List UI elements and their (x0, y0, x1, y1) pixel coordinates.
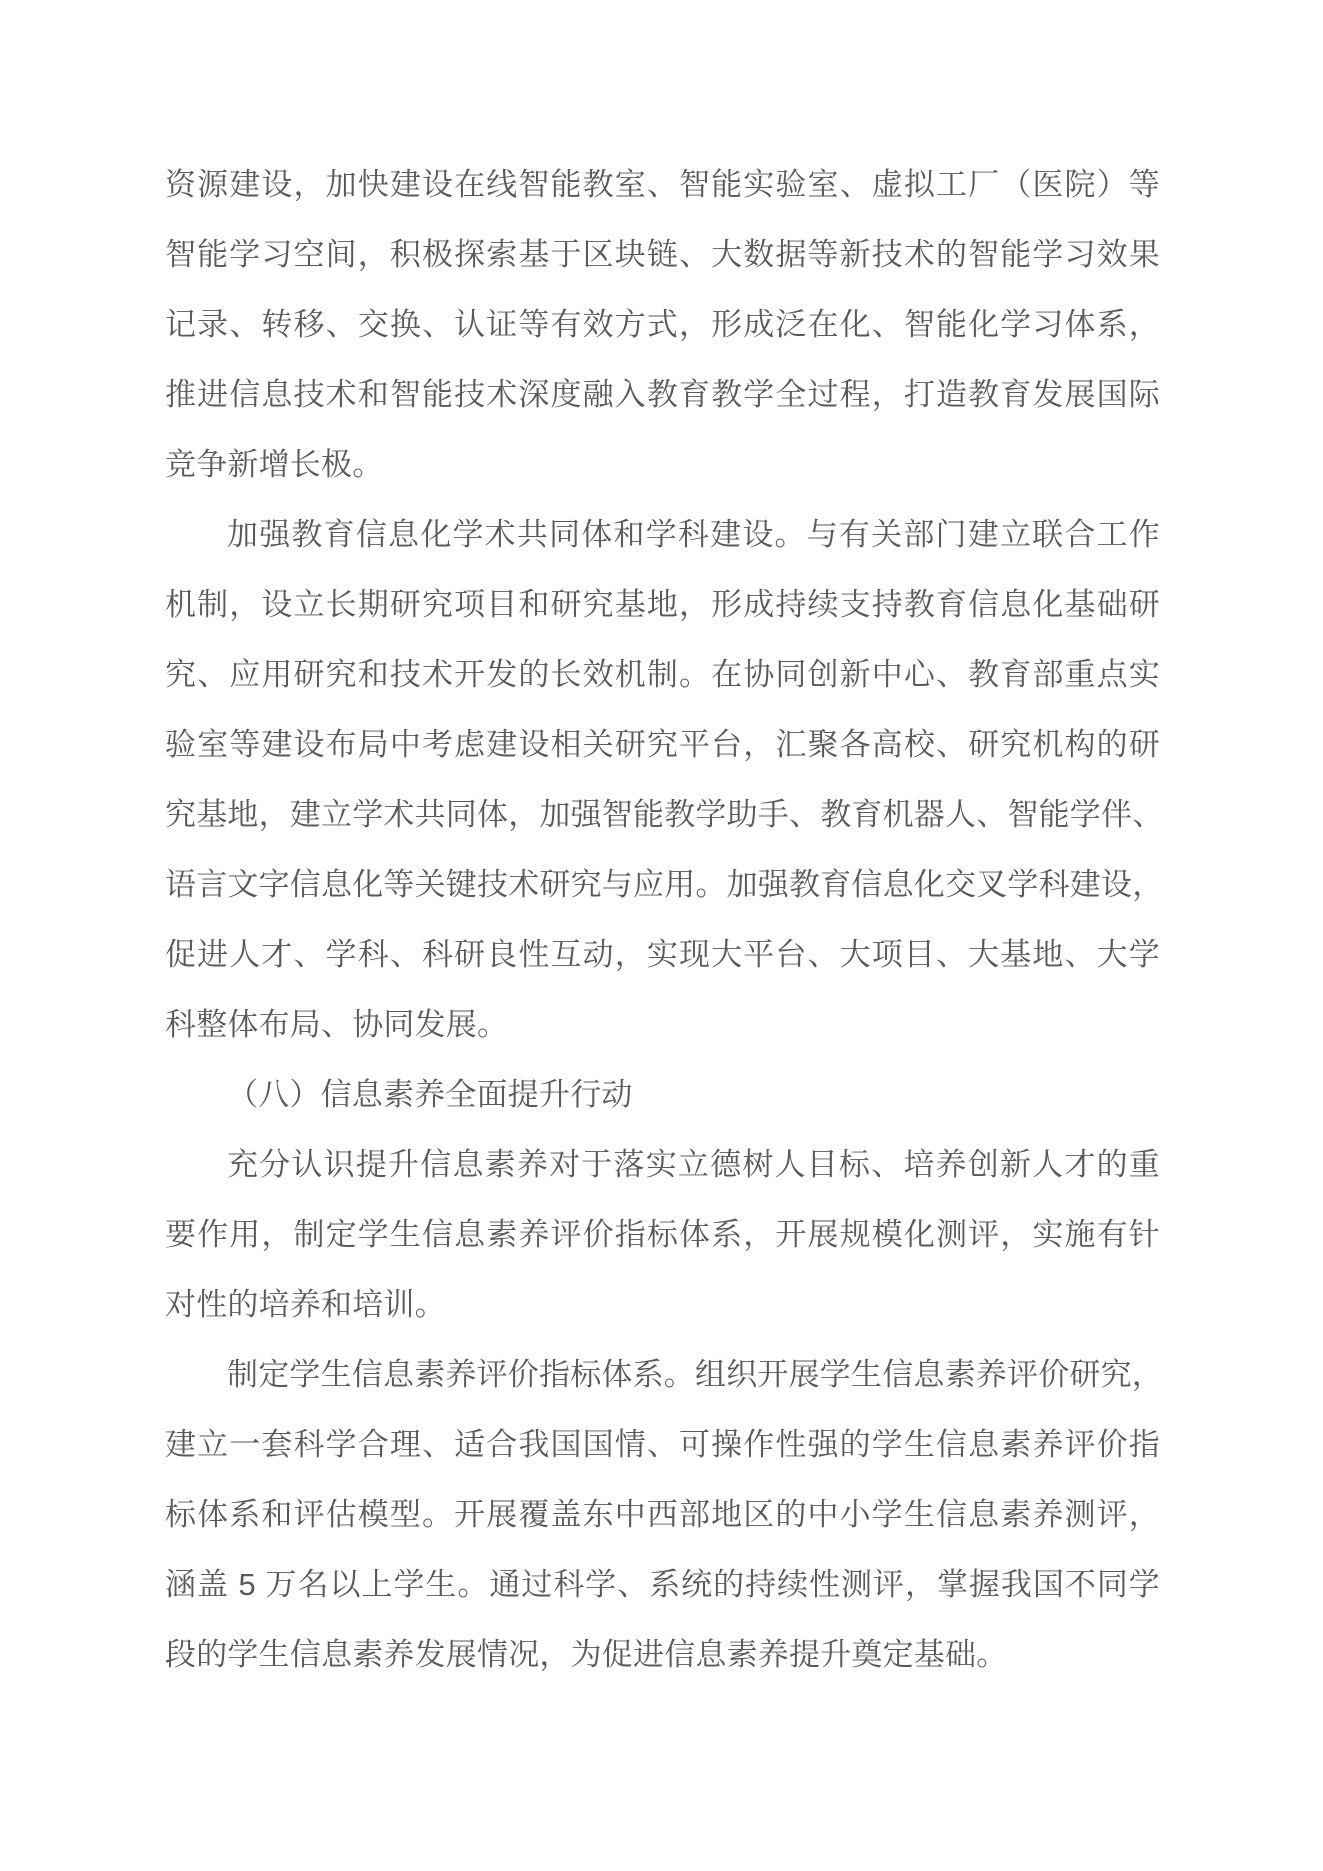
text-line: 充分认识提升信息素养对于落实立德树人目标、培养创新人才的重 (165, 1130, 1160, 1200)
paragraph: 资源建设，加快建设在线智能教室、智能实验室、虚拟工厂（医院）等智能学习空间，积极… (165, 150, 1160, 500)
paragraph: 制定学生信息素养评价指标体系。组织开展学生信息素养评价研究，建立一套科学合理、适… (165, 1340, 1160, 1690)
text-line: 科整体布局、协同发展。 (165, 990, 1160, 1060)
text-line: 智能学习空间，积极探索基于区块链、大数据等新技术的智能学习效果 (165, 220, 1160, 290)
text-line: 机制，设立长期研究项目和研究基地，形成持续支持教育信息化基础研 (165, 570, 1160, 640)
text-line: 语言文字信息化等关键技术研究与应用。加强教育信息化交叉学科建设， (165, 850, 1160, 920)
text-line: 段的学生信息素养发展情况，为促进信息素养提升奠定基础。 (165, 1620, 1160, 1690)
text-line: 推进信息技术和智能技术深度融入教育教学全过程，打造教育发展国际 (165, 360, 1160, 430)
document-page: 资源建设，加快建设在线智能教室、智能实验室、虚拟工厂（医院）等智能学习空间，积极… (0, 0, 1323, 1871)
text-line: 加强教育信息化学术共同体和学科建设。与有关部门建立联合工作 (165, 500, 1160, 570)
paragraph: 加强教育信息化学术共同体和学科建设。与有关部门建立联合工作机制，设立长期研究项目… (165, 500, 1160, 1060)
text-line: 记录、转移、交换、认证等有效方式，形成泛在化、智能化学习体系， (165, 290, 1160, 360)
text-line: 促进人才、学科、科研良性互动，实现大平台、大项目、大基地、大学 (165, 920, 1160, 990)
text-line: 对性的培养和培训。 (165, 1270, 1160, 1340)
text-line: 标体系和评估模型。开展覆盖东中西部地区的中小学生信息素养测评， (165, 1480, 1160, 1550)
text-line: 制定学生信息素养评价指标体系。组织开展学生信息素养评价研究， (165, 1340, 1160, 1410)
text-line: 究基地，建立学术共同体，加强智能教学助手、教育机器人、智能学伴、 (165, 780, 1160, 850)
text-line: 要作用，制定学生信息素养评价指标体系，开展规模化测评，实施有针 (165, 1200, 1160, 1270)
text-line: （八）信息素养全面提升行动 (165, 1060, 1160, 1130)
document-text-content: 资源建设，加快建设在线智能教室、智能实验室、虚拟工厂（医院）等智能学习空间，积极… (165, 150, 1160, 1690)
paragraph: （八）信息素养全面提升行动 (165, 1060, 1160, 1130)
text-line: 涵盖 5 万名以上学生。通过科学、系统的持续性测评，掌握我国不同学 (165, 1550, 1160, 1620)
paragraph: 充分认识提升信息素养对于落实立德树人目标、培养创新人才的重要作用，制定学生信息素… (165, 1130, 1160, 1340)
text-line: 竞争新增长极。 (165, 430, 1160, 500)
text-line: 验室等建设布局中考虑建设相关研究平台，汇聚各高校、研究机构的研 (165, 710, 1160, 780)
text-line: 究、应用研究和技术开发的长效机制。在协同创新中心、教育部重点实 (165, 640, 1160, 710)
text-line: 建立一套科学合理、适合我国国情、可操作性强的学生信息素养评价指 (165, 1410, 1160, 1480)
text-line: 资源建设，加快建设在线智能教室、智能实验室、虚拟工厂（医院）等 (165, 150, 1160, 220)
